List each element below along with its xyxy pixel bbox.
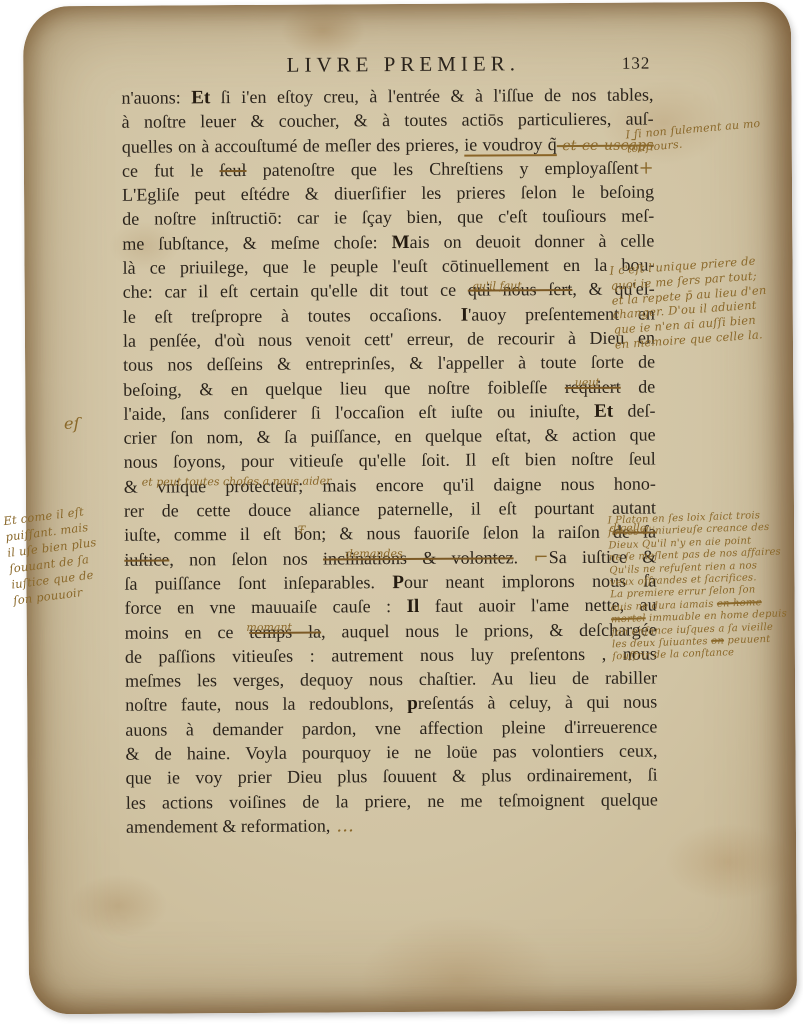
print-line: noſtre faute, nous la redoublons, preſen… [125,690,657,718]
printed-text: crier ſon nom, & ſa puiſſance, en quelqu… [124,425,656,448]
printed-text: rer de cette douce aliance paternelle, i… [124,498,656,521]
interlinear-addition: demandes [346,548,403,559]
printed-text: l'aide, ſans conſiderer ſi l'occaſion eſ… [123,401,594,424]
printed-text: force en vne mauuaiſe cauſe : [125,596,407,618]
print-line: rer de cette douce aliance paternelle, i… [124,496,656,524]
print-line: & de haine. Voyla pourquoy ie ne loüe pa… [125,739,657,767]
printed-text: requiertueut [565,376,621,396]
print-line: tous nos deſſeins & entreprinſes, & l'ap… [123,350,655,378]
printed-text: de [621,376,656,396]
printed-text: temps lamomant [249,621,321,641]
print-line: à noſtre leuer & coucher, & à toutes act… [122,107,654,135]
printed-text: 'auoy preſentement en [468,303,655,324]
print-line: force en vne mauuaiſe cauſe : Il faut au… [125,593,657,621]
printed-text: , auquel nous le prions, & deſchargée [321,619,657,641]
interlinear-addition: Ŧ [298,524,305,535]
print-line: l'aide, ſans conſiderer ſi l'occaſion eſ… [123,398,655,426]
printed-text: moins en ce [125,622,250,643]
handwritten-text: Et [191,87,210,108]
printed-text: patenoſtre que les Chreſtiens y employaſ… [246,157,638,179]
interlinear-addition: et peut toutes choſes a nous aider [142,475,332,487]
printed-text: & de haine. Voyla pourquoy ie ne loüe pa… [125,741,657,764]
printed-text: tous nos deſſeins & entreprinſes, & l'ap… [123,352,655,375]
print-line: que ie voy prier Dieu plus ſouuent & plu… [126,763,658,791]
printed-text: ſeul [219,160,246,180]
handwritten-text: ... [330,815,354,836]
printed-text: deſ- [613,400,655,420]
handwritten-text: P [392,572,404,593]
printed-text: , & qu'el- [572,279,654,300]
print-line: quelles on à accouſtumé de meſler des pr… [122,131,654,159]
printed-text: le eſt treſpropre à toutes occaſions. [123,304,461,326]
printed-text: ſi i'en eſtoy creu, à l'entrée & à l'iſſ… [210,85,653,108]
printed-text: & vnique protecteur;et peut toutes choſe… [124,475,304,496]
print-line: de paſſions vitieuſes : autrement nous l… [125,641,657,669]
print-line: là ce priuilege, que le peuple l'euſt cō… [122,253,654,281]
print-line: la penſée, d'où nous venoit cett' erreur… [123,325,655,353]
printed-text: faut auoir l'ame nette, au [419,595,656,616]
printed-text: nous ſoyons, pour vitieuſe qu'elle ſoit.… [124,449,656,472]
handwritten-text: p [407,693,418,714]
print-line: crier ſon nom, & ſa puiſſance, en quelqu… [123,423,655,451]
handwritten-text: ⌐ [533,547,548,568]
print-line: moins en ce temps lamomant, auquel nous … [125,617,657,645]
print-line: ſa puiſſance ſont inſeparables. Pour nea… [124,568,656,596]
printed-text: beſoing, & en quelque lieu que noſtre fo… [123,377,565,400]
printed-text: quelles on à accouſtumé de meſler des pr… [122,134,465,156]
print-line: n'auons: Et ſi i'en eſtoy creu, à l'entr… [121,83,653,111]
printed-text: la penſée, d'où nous venoit cett' erreur… [123,327,655,350]
handwritten-text: + [639,157,654,178]
handwritten-text: et ce uscāps [557,137,654,154]
printed-text: che: car il eſt certain qu'elle dit tout… [123,280,468,302]
printed-text: iuſtice [124,549,169,569]
printed-text: , non ſelon nos [169,548,323,569]
printed-text: & nous fauoriſe ſelon la raiſon [326,522,613,544]
print-line: amendement & reformation, ... [126,811,658,839]
printed-text: noſtre faute, nous la redoublons, [125,693,407,715]
print-line: nous ſoyons, pour vitieuſe qu'elle ſoit.… [124,447,656,475]
print-line: de noſtre inſtructiō: car ie ſçay bien, … [122,204,654,232]
printed-text: n'auons: [121,87,191,107]
printed-text: our neant implorons nous ſa [404,570,657,592]
printed-text: iuſte, comme il eſt bon;Ŧ [124,524,326,545]
printed-text: ais on deuoit donner à celle [410,230,655,251]
printed-text: me ſubſtance, & meſme choſe: [122,232,391,254]
printed-text: les actions voiſines de la priere, ne me… [126,789,658,812]
print-line: iuſtice, non ſelon nos inclinations & vo… [124,544,656,572]
handwritten-text: Il [407,596,420,617]
printed-text: reſentás à celuy, à qui nous [418,692,657,713]
printed-text: que ie voy prier Dieu plus ſouuent & plu… [126,765,658,788]
printed-text: auons à demander pardon, vne affection p… [125,716,657,739]
print-line: & vnique protecteur;et peut toutes choſe… [124,471,656,499]
print-line: beſoing, & en quelque lieu que noſtre fo… [123,374,655,402]
printed-text: de noſtre inſtructiō: car ie ſçay bien, … [122,206,654,229]
print-line: L'Egliſe peut eſtédre & diuerſifier les … [122,180,654,208]
printed-text: ie voudroy q̃ [464,134,557,155]
printed-text: à noſtre leuer & coucher, & à toutes act… [122,109,654,132]
print-line: iuſte, comme il eſt bon;Ŧ & nous fauoriſ… [124,520,656,548]
printed-text: mais encore qu'il daigne nous hono- [303,473,656,495]
printed-text: . [514,547,534,567]
print-line: che: car il eſt certain qu'elle dit tout… [123,277,655,305]
printed-text: ce fut le [122,160,220,181]
printed-text: ſa puiſſance ſont inſeparables. [124,572,392,594]
text-block: n'auons: Et ſi i'en eſtoy creu, à l'entr… [121,83,658,839]
handwritten-text: M [392,232,410,253]
print-line: ce fut le ſeul patenoſtre que les Chreſt… [122,155,654,183]
print-line: le eſt treſpropre à toutes occaſions. I'… [123,301,655,329]
printed-text: meſmes les verges, dequoy nous chaſtier.… [125,668,657,691]
printed-text: de paſſions vitieuſes : autrement nous l… [125,643,657,666]
page-number: 132 [598,54,650,74]
printed-text: là ce priuilege, que le peuple l'euſt cō… [122,255,654,278]
printed-text: qui nous ſertqu'il faut [468,279,573,300]
print-line: me ſubſtance, & meſme choſe: Mais on deu… [122,228,654,256]
interlinear-addition: momant [246,621,292,632]
book-page: LIVRE PREMIER. 132 n'auons: Et ſi i'en e… [23,2,797,1015]
printed-text: L'Egliſe peut eſtédre & diuerſifier les … [122,182,654,205]
print-line: auons à demander pardon, vne affection p… [125,714,657,742]
running-header: LIVRE PREMIER. [203,51,603,78]
interlinear-addition: dicelle [610,522,647,533]
interlinear-addition: ueut [575,377,600,388]
print-line: les actions voiſines de la priere, ne me… [126,787,658,815]
printed-text: de ſadicelle [613,522,656,542]
printed-text: Sa iuſtice & [549,546,657,567]
printed-text: inclinations & volontezdemandes [323,547,514,568]
handwritten-text: Et [594,401,613,422]
interlinear-addition: qu'il faut [472,280,522,291]
photograph-of-book-page: { "document": { "colors": { "paper": "#d… [0,0,803,1024]
printed-text: amendement & reformation, [126,815,331,836]
print-line: meſmes les verges, dequoy nous chaſtier.… [125,666,657,694]
